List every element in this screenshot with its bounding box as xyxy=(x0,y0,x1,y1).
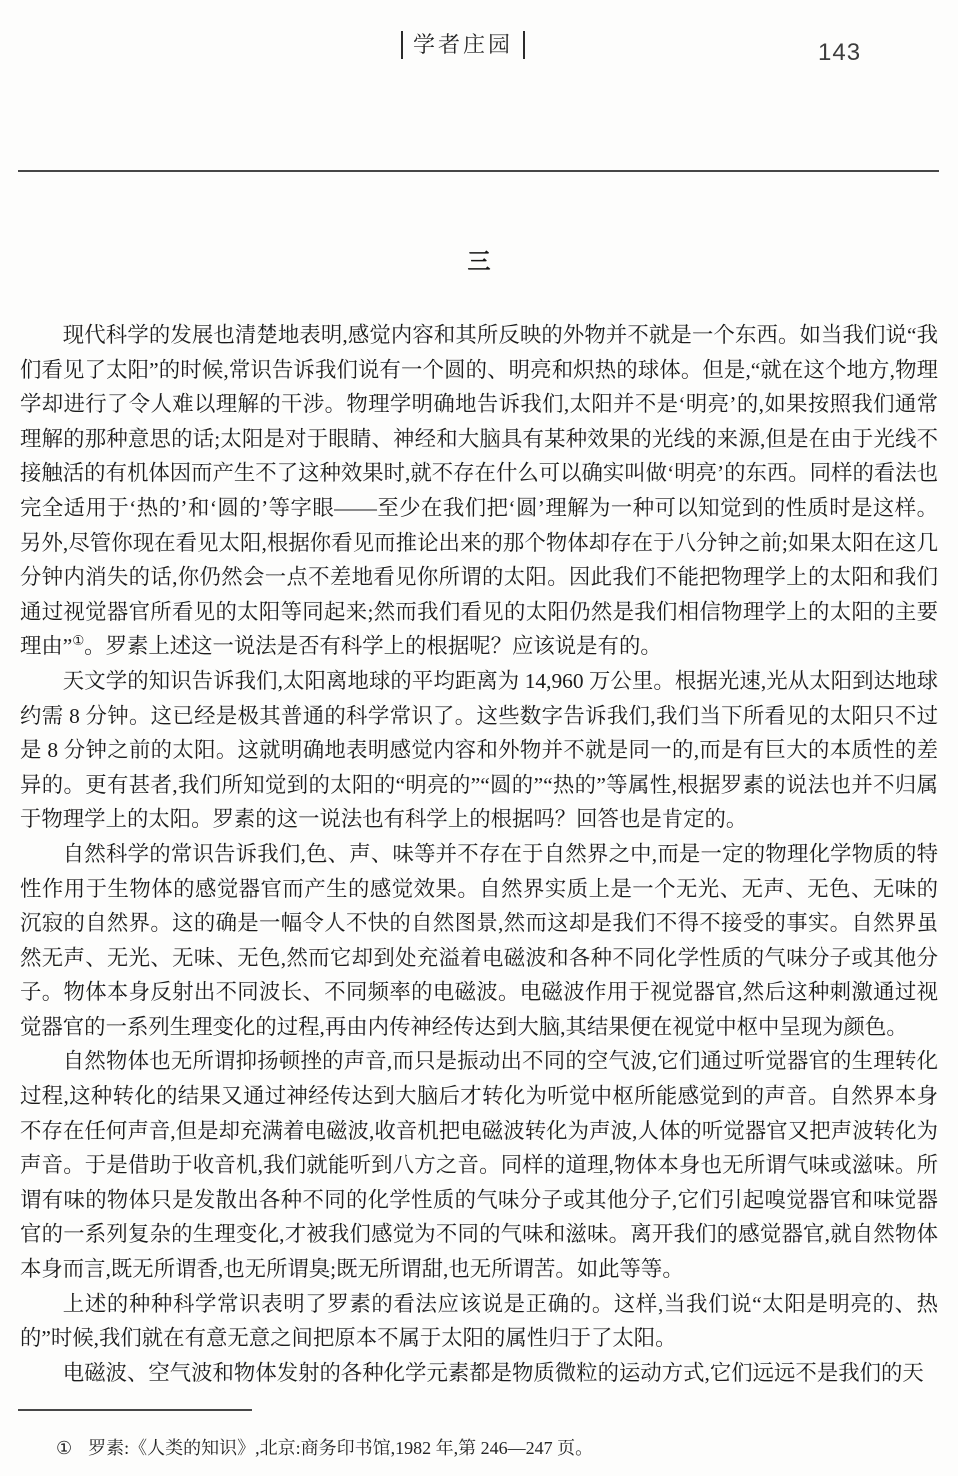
header-divider xyxy=(18,170,939,172)
article-body: 现代科学的发展也清楚地表明,感觉内容和其所反映的外物并不就是一个东西。如当我们说… xyxy=(20,318,938,1390)
footnote: ①罗素:《人类的知识》,北京:商务印书馆,1982 年,第 246—247 页。 xyxy=(56,1434,916,1462)
footnote-text: 罗素:《人类的知识》,北京:商务印书馆,1982 年,第 246—247 页。 xyxy=(88,1438,593,1458)
paragraph-1: 现代科学的发展也清楚地表明,感觉内容和其所反映的外物并不就是一个东西。如当我们说… xyxy=(20,318,938,664)
footnote-marker: ① xyxy=(56,1434,72,1462)
journal-page: 学者庄园 143 三 现代科学的发展也清楚地表明,感觉内容和其所反映的外物并不就… xyxy=(0,0,958,1476)
paragraph-3: 自然科学的常识告诉我们,色、声、味等并不存在于自然界之中,而是一定的物理化学物质… xyxy=(20,837,938,1045)
paragraph-4: 自然物体也无所谓抑扬顿挫的声音,而只是振动出不同的空气波,它们通过听觉器官的生理… xyxy=(20,1044,938,1286)
footnote-divider xyxy=(18,1409,252,1411)
column-title: 学者庄园 xyxy=(401,31,525,59)
paragraph-1-text: 现代科学的发展也清楚地表明,感觉内容和其所反映的外物并不就是一个东西。如当我们说… xyxy=(20,323,938,658)
paragraph-6: 电磁波、空气波和物体发射的各种化学元素都是物质微粒的运动方式,它们远远不是我们的… xyxy=(20,1356,938,1391)
paragraph-2: 天文学的知识告诉我们,太阳离地球的平均距离为 14,960 万公里。根据光速,光… xyxy=(20,664,938,837)
section-heading: 三 xyxy=(0,243,958,276)
page-number: 143 xyxy=(818,39,861,67)
footnote-ref-superscript: ① xyxy=(72,633,84,648)
paragraph-5: 上述的种种科学常识表明了罗素的看法应该说是正确的。这样,当我们说“太阳是明亮的、… xyxy=(20,1287,938,1356)
paragraph-1-text-after-ref: 。罗素上述这一说法是否有科学上的根据呢？应该说是有的。 xyxy=(84,634,662,658)
